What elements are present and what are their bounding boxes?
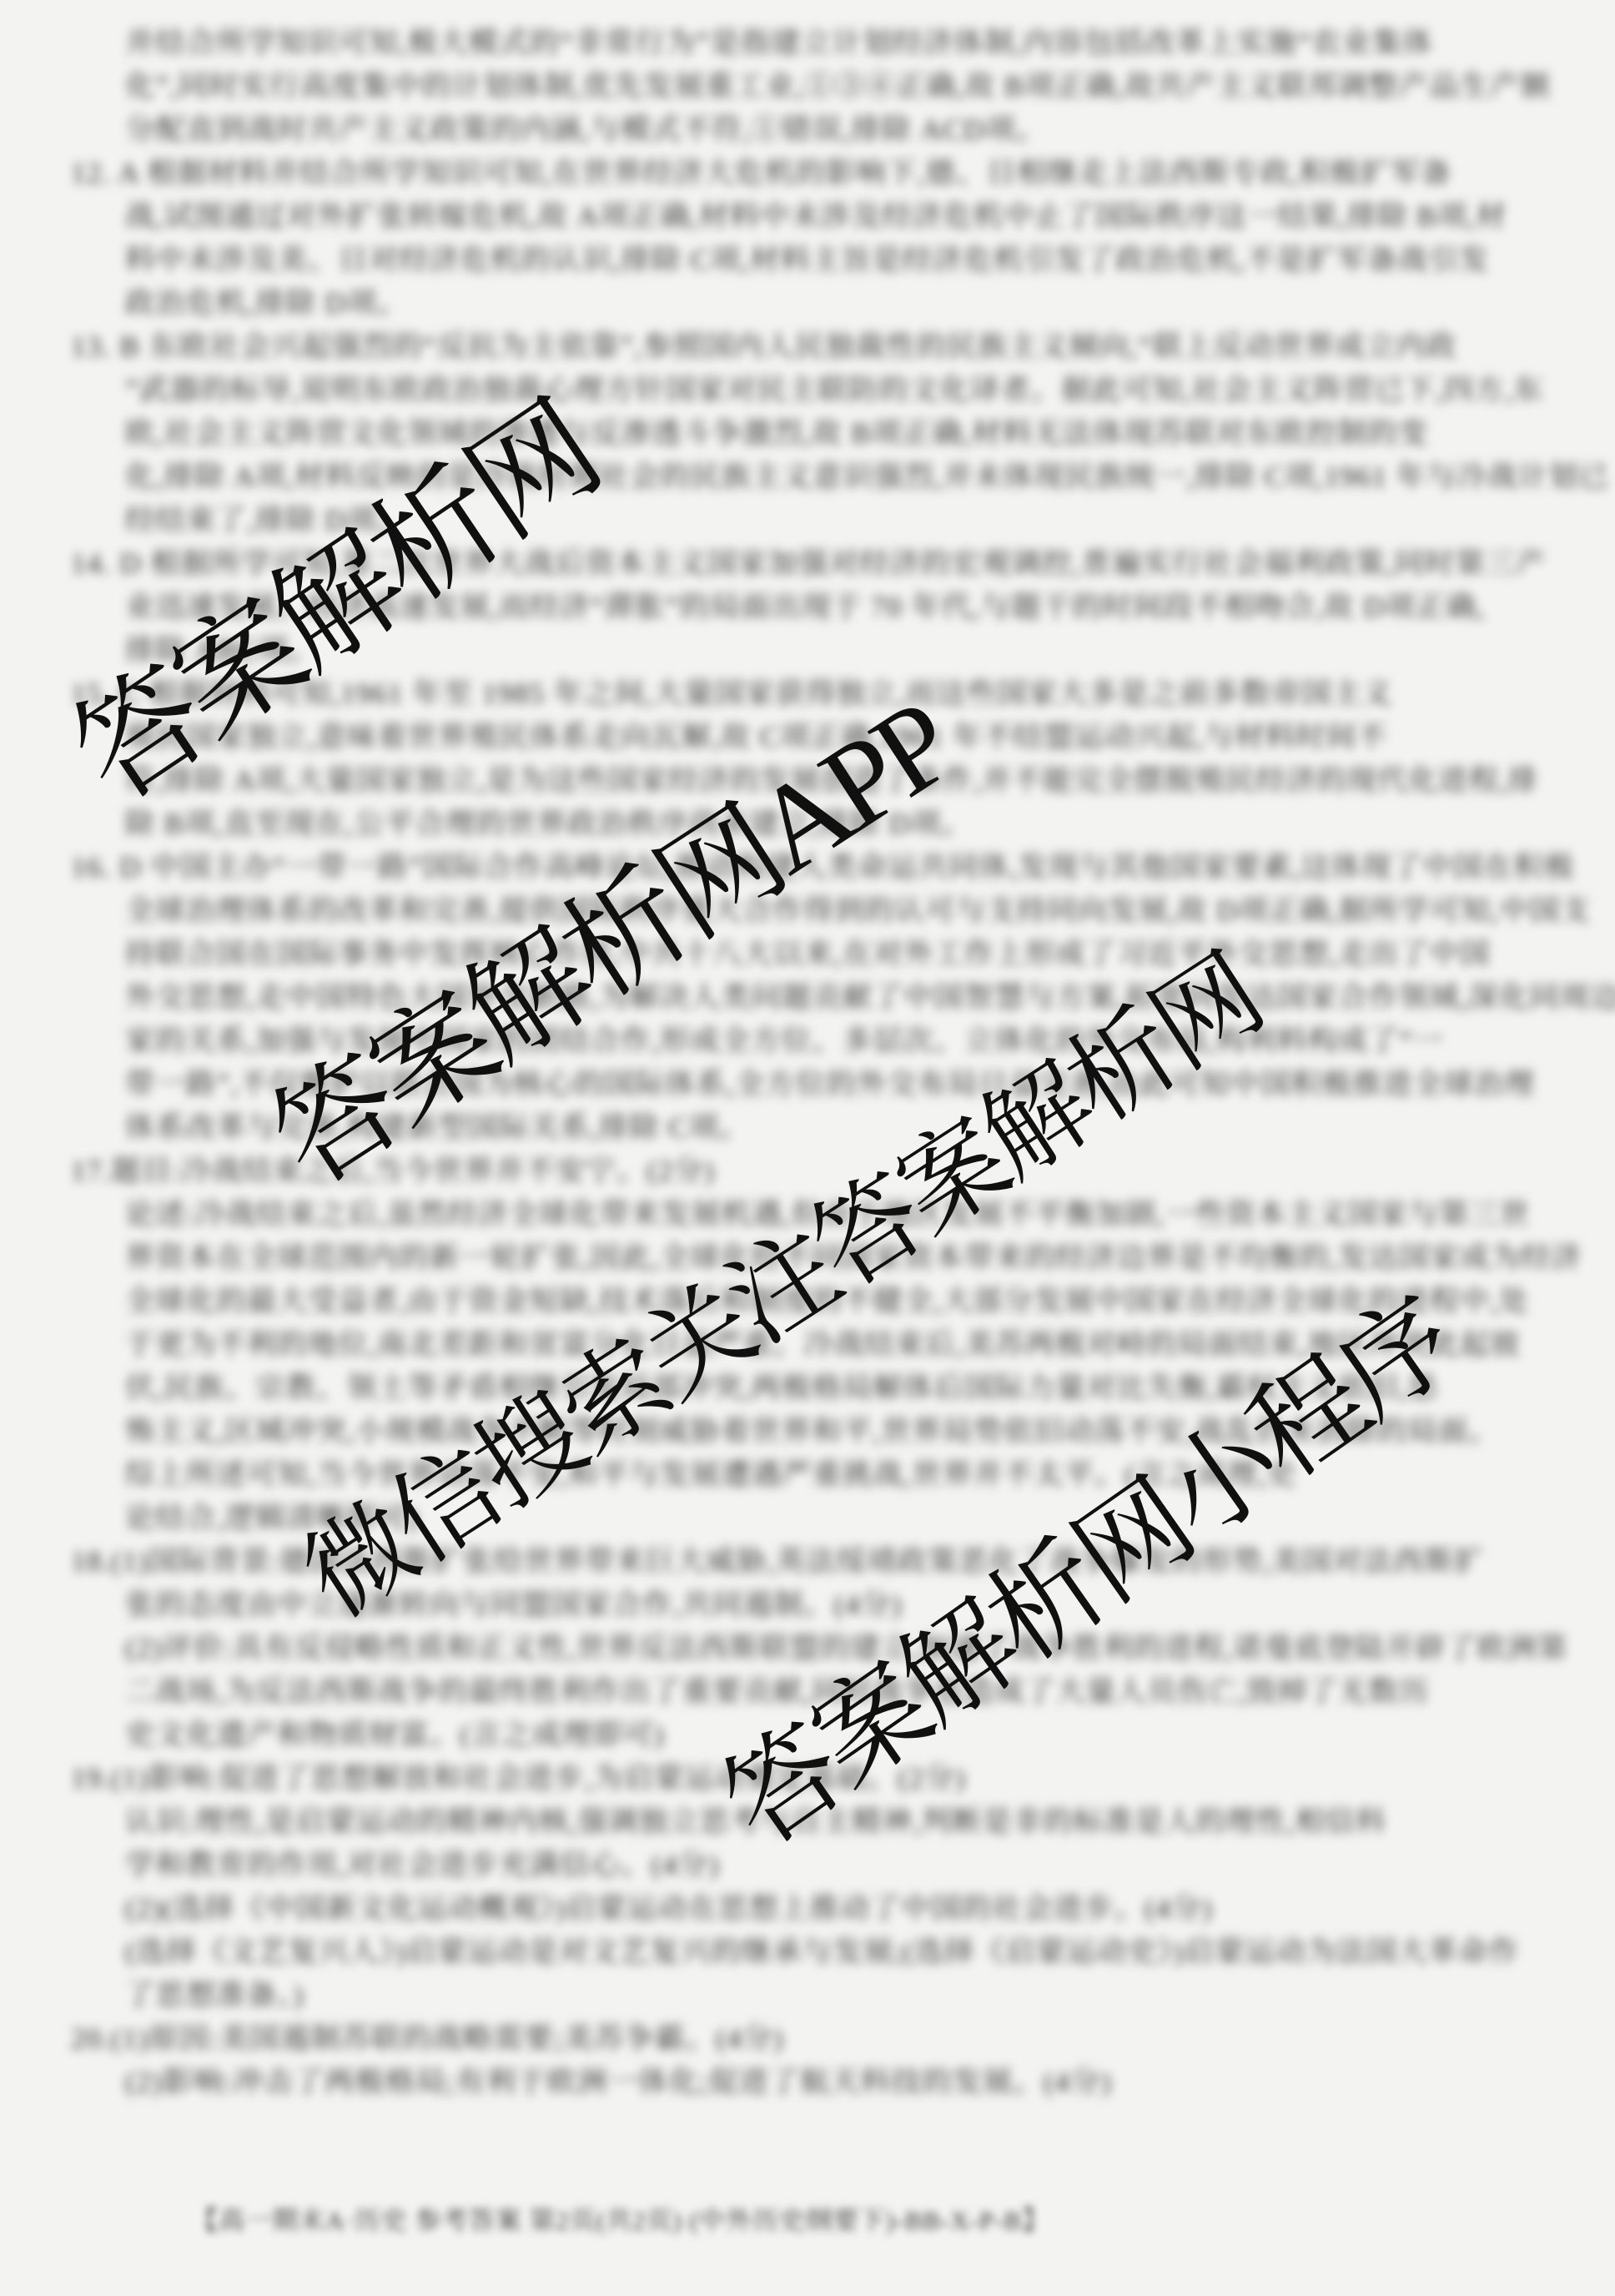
text-line: (2)(选择《中国新文化运动概观》)启蒙运动在思想上推动了中国的社会进步。(4分… — [0, 1887, 1615, 1931]
text-line: 20.(1)原因:美国遏制苏联的战略需要;美苏争霸。(4分) — [0, 2017, 1615, 2061]
text-line: 分配直到战时共产主义政策的内涵,与模式不符,①错误,排除 ACD项。 — [0, 108, 1615, 152]
text-line: 了思想准备。) — [0, 1974, 1615, 2017]
text-line: 欧,社会主义阵营文化领域的渗透与反渗透斗争激烈,故 B项正确,材料无法体现苏联对… — [0, 412, 1615, 456]
text-line: 综上所述可知,当今世界动荡不安,和平与发展遭遇严重挑战,世界并不太平。(言之成理… — [0, 1453, 1615, 1497]
text-line: 战,试图通过对外扩张转嫁危机,故 A项正确,材料中未涉及经济危机中止了国际秩序这… — [0, 195, 1615, 239]
text-line: (2)影响:冲击了两极格局;有利于欧洲一体化;促进了航天科技的发展。(4分) — [0, 2061, 1615, 2104]
text-line: 政治危机,排除 D项。 — [0, 282, 1615, 325]
text-line: 化”,同时实行高度集中的计划体制,优先发展重工业,①③④正确,故 B项正确,故共… — [0, 65, 1615, 108]
text-line: 12. A 根据材料并结合所学知识可知,在世界经济大危机的影响下,德、日相继走上… — [0, 152, 1615, 195]
text-line: 并结合所学知识可知,极大模式的“非常行为”是指建立计划经济体制,内容包括改革上实… — [0, 22, 1615, 65]
page-footer: 【高一期末A·历史 参考答案 第2页(共2页) (中外历史纲要下)-BB-X-P… — [192, 2199, 1049, 2237]
text-line: 17.题目:冷战结束之后,当今世界并不安宁。(2分) — [0, 1150, 1615, 1193]
text-line: 14. D 根据所学可知,第二次世界大战后资本主义国家加强对经济的宏观调控,普遍… — [0, 542, 1615, 586]
text-line: (2)评价:具有反侵略性质和正义性,世界反法西斯联盟的建立,加速了战争胜利的进程… — [0, 1627, 1615, 1670]
text-line: (选择《文艺复兴人》)启蒙运动是对文艺复兴的继承与发展;(选择《启蒙运动史》)启… — [0, 1931, 1615, 1974]
text-line: 学和教育的作用,对社会进步充满信心。(4分) — [0, 1844, 1615, 1887]
text-line: 经结束了,排除 D项。 — [0, 499, 1615, 542]
text-line: 论结合,逻辑清晰即可) — [0, 1497, 1615, 1540]
text-line: ”武器的标导,说明东欧政治独裁心理方针国家对民主联防的文化译者。据此可知,社会主… — [0, 369, 1615, 412]
text-line: 料中未涉及美、日对经济危机的认识,排除 C项,材料主旨是经济危机引发了政治危机,… — [0, 239, 1615, 282]
text-line: 外交思想,走中国特色大国外交新路,为解决人类问题贡献了中国智慧与方案,拓宽同发达… — [0, 976, 1615, 1020]
text-line: 化,排除 A项,材料反映的是冷战时期社会的民族主义意识强烈,并未体现民族统一,排… — [0, 456, 1615, 499]
text-line: 持联合国在国际事务中发挥核心作用,中共十八大以来,在对外工作上形成了习近平外交思… — [0, 933, 1615, 976]
text-line: 带一路”,不仅维护以联合国为核心的国际体系,全方位的外交布局日益完善,由此可知中… — [0, 1063, 1615, 1106]
text-line: 家的关系,加强与发展中国家的团结合作,形成全方位、多层次、立体化的外交布局,构利… — [0, 1020, 1615, 1063]
text-line: 18.(1)国际背景:德国法西斯扩张给世界带来巨大威胁,英法绥靖政策恶化了战争爆… — [0, 1540, 1615, 1584]
text-line: 体系改革与完善,构建新型国际关系,排除 C项。 — [0, 1106, 1615, 1150]
text-line: 张的态度由中立逐渐转向与同盟国家合作,共同遏制。(4分) — [0, 1584, 1615, 1627]
text-line: 13. B 东欧社会兴起强烈的“反抗为主依靠”,参照国内人民独裁性的民族主义倾向… — [0, 325, 1615, 369]
